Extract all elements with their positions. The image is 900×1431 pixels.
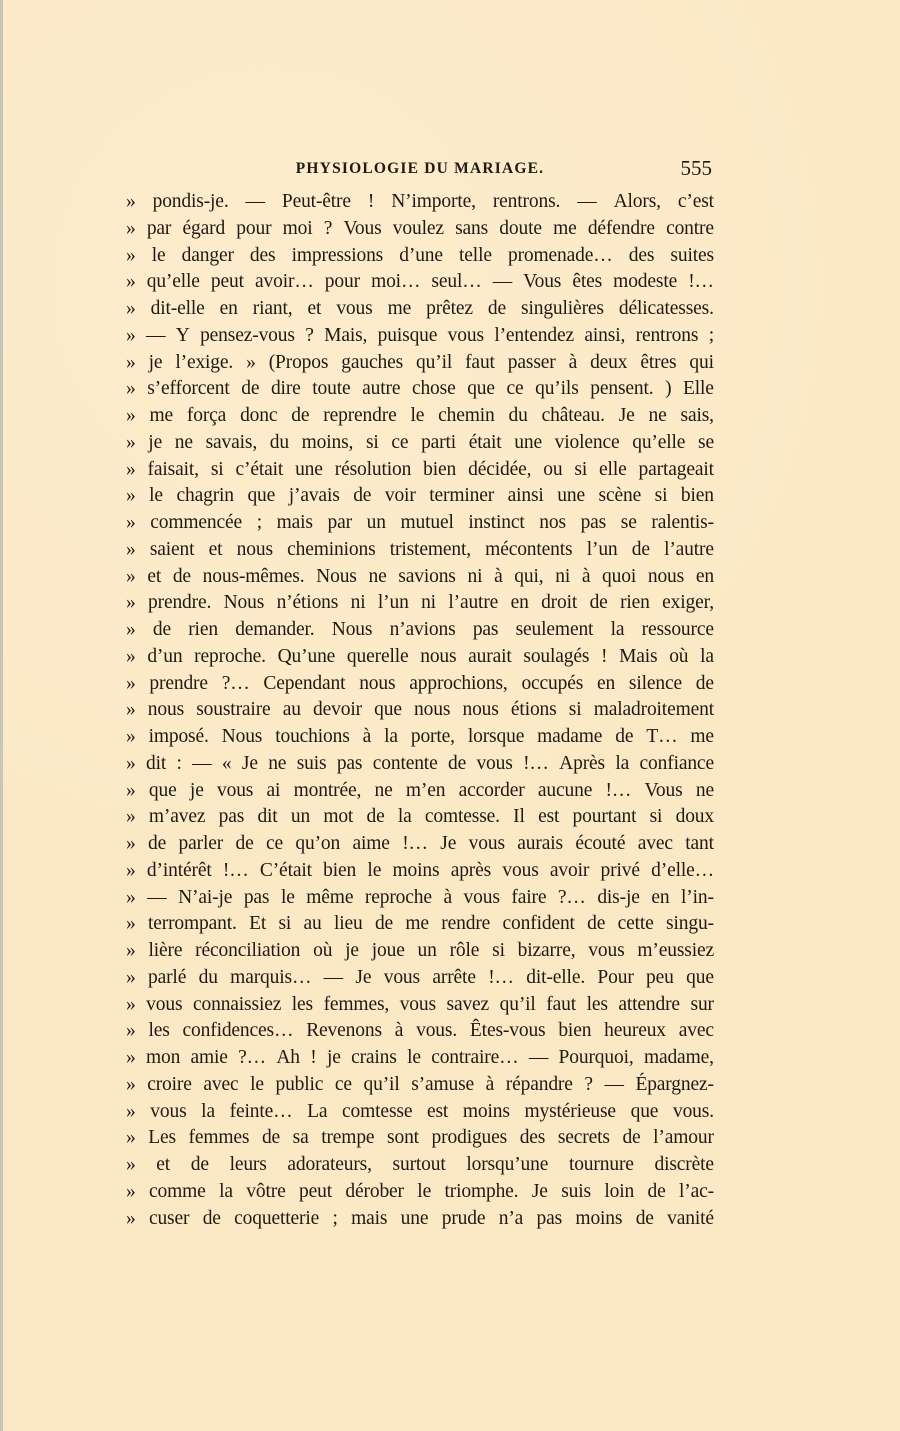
- word: lorsqu’une: [466, 1152, 548, 1179]
- word: promenade…: [508, 243, 613, 270]
- word: contraire…: [431, 1045, 518, 1072]
- word: »: [126, 457, 136, 484]
- word: »: [126, 1125, 136, 1152]
- word: mystérieuse: [524, 1099, 616, 1126]
- word: aurais: [517, 831, 563, 858]
- word: c’est: [678, 189, 714, 216]
- word: pourtant: [573, 804, 637, 831]
- word: m’eussiez: [637, 938, 714, 965]
- text-line: »d’intérêt!…C’étaitbienlemoinsaprèsvousa…: [126, 858, 714, 885]
- word: à: [443, 885, 452, 912]
- word: savions: [398, 564, 455, 591]
- word: pensent.: [590, 376, 653, 403]
- word: prêtez: [426, 296, 473, 323]
- text-line: »parlédumarquis…—Jevousarrête!…dit-elle.…: [126, 965, 714, 992]
- word: nos: [539, 510, 566, 537]
- word: ce: [266, 831, 283, 858]
- word: »: [126, 617, 136, 644]
- text-line: »Lesfemmesdesatrempesontprodiguesdessecr…: [126, 1125, 714, 1152]
- word: ): [665, 376, 671, 403]
- text-line: »prendre?…Cependantnousapprochions,occup…: [126, 671, 714, 698]
- word: de: [615, 724, 633, 751]
- running-head: PHYSIOLOGIE DU MARIAGE. 555: [126, 158, 714, 184]
- word: bien: [323, 858, 356, 885]
- word: de: [622, 1125, 640, 1152]
- word: croire: [147, 1072, 192, 1099]
- text-line: »dit-elleenriant,etvousmeprêtezdesinguli…: [126, 296, 714, 323]
- word: nous: [648, 564, 684, 591]
- word: de: [235, 831, 253, 858]
- word: »: [126, 885, 136, 912]
- word: les: [587, 992, 608, 1019]
- word: nous: [237, 537, 273, 564]
- word: Je: [242, 751, 258, 778]
- word: de: [148, 831, 166, 858]
- word: telle: [459, 243, 492, 270]
- word: querelle: [347, 644, 409, 671]
- text-line: »faisait,sic’étaitunerésolutionbiendécid…: [126, 457, 714, 484]
- word: du: [509, 403, 528, 430]
- word: je: [345, 938, 359, 965]
- word: où: [313, 938, 332, 965]
- word: nous: [420, 644, 456, 671]
- word: Vous: [344, 216, 382, 243]
- word: Revenons: [306, 1018, 382, 1045]
- word: qu’elle: [632, 430, 685, 457]
- word: vous.: [673, 1099, 714, 1126]
- word: »: [126, 938, 136, 965]
- word: dit-elle: [151, 296, 205, 323]
- word: mot: [323, 804, 353, 831]
- word: j’avais: [289, 483, 340, 510]
- word: mais: [351, 1206, 387, 1233]
- word: étions: [511, 697, 557, 724]
- word: d’elle…: [651, 858, 714, 885]
- word: avec: [679, 1018, 714, 1045]
- word: l’autre: [448, 590, 498, 617]
- running-title: PHYSIOLOGIE DU MARIAGE.: [126, 160, 714, 178]
- word: força: [187, 403, 226, 430]
- word: pas: [219, 804, 245, 831]
- word: pas: [473, 617, 499, 644]
- word: sont: [387, 1125, 419, 1152]
- text-line: »etdenous-mêmes.Nousnesavionsniàqui,niàq…: [126, 564, 714, 591]
- word: toute: [312, 376, 350, 403]
- word: château.: [542, 403, 605, 430]
- text-line: »—Ypensez-vous?Mais,puisquevousl’entende…: [126, 323, 714, 350]
- word: en: [651, 885, 669, 912]
- word: ?…: [558, 885, 586, 912]
- text-line: »lesconfidences…Revenonsàvous.Êtes-vousb…: [126, 1018, 714, 1045]
- word: ?: [584, 1072, 593, 1099]
- word: »: [126, 269, 136, 296]
- word: »: [126, 1072, 136, 1099]
- text-line: »monamie?…Ah!jecrainslecontraire…—Pourqu…: [126, 1045, 714, 1072]
- word: n’étions: [277, 590, 339, 617]
- text-line: »commencée;maisparunmutuelinstinctnospas…: [126, 510, 714, 537]
- word: peut: [299, 1179, 332, 1206]
- word: l’in-: [681, 885, 714, 912]
- word: écouté: [575, 831, 625, 858]
- word: défendre: [588, 216, 655, 243]
- word: faut: [546, 992, 576, 1019]
- word: avec: [638, 831, 673, 858]
- word: doux: [676, 804, 714, 831]
- word: par: [328, 510, 352, 537]
- word: touchions: [275, 724, 349, 751]
- text-line: »croireaveclepubliccequ’ils’amuseàrépand…: [126, 1072, 714, 1099]
- word: »: [126, 350, 136, 377]
- word: pas: [581, 510, 607, 537]
- word: ;: [332, 1206, 337, 1233]
- word: pour: [236, 216, 271, 243]
- text-line: »prendre.Nousn’étionsnil’unnil’autreendr…: [126, 590, 714, 617]
- word: —: [324, 965, 343, 992]
- word: ainsi,: [584, 323, 625, 350]
- text-line: »pondis-je.—Peut-être!N’importe,rentrons…: [126, 189, 714, 216]
- word: mon: [146, 1045, 180, 1072]
- word: à: [582, 564, 591, 591]
- word: êtes: [572, 269, 602, 296]
- word: adorateurs,: [287, 1152, 371, 1179]
- word: me: [553, 216, 577, 243]
- word: avoir…: [255, 269, 314, 296]
- word: l’un: [587, 537, 618, 564]
- word: une: [401, 1206, 429, 1233]
- text-line: »imposé.Noustouchionsàlaporte,lorsquemad…: [126, 724, 714, 751]
- word: Après: [559, 751, 605, 778]
- word: !…: [488, 965, 514, 992]
- word: triomphe.: [444, 1179, 518, 1206]
- word: C’était: [260, 858, 312, 885]
- word: sur: [691, 992, 714, 1019]
- word: vanité: [667, 1206, 714, 1233]
- word: »: [126, 751, 136, 778]
- word: savez: [447, 992, 490, 1019]
- word: bien: [681, 483, 714, 510]
- word: soustraire: [196, 697, 270, 724]
- text-line: »meforçadoncdereprendrelecheminduchâteau…: [126, 403, 714, 430]
- word: N’ai-je: [178, 885, 232, 912]
- word: me: [405, 911, 429, 938]
- word: »: [126, 189, 136, 216]
- word: pas: [537, 1206, 563, 1233]
- word: donc: [240, 403, 277, 430]
- word: si: [650, 804, 663, 831]
- word: seul…: [431, 269, 481, 296]
- word: vous: [400, 992, 436, 1019]
- word: dis-je: [597, 885, 639, 912]
- word: ;: [257, 510, 262, 537]
- word: de: [587, 911, 605, 938]
- word: peut: [211, 269, 244, 296]
- word: même: [306, 885, 353, 912]
- word: au: [283, 697, 301, 724]
- word: Mais,: [324, 323, 367, 350]
- word: puisque: [378, 323, 438, 350]
- word: surtout: [393, 1152, 446, 1179]
- word: de: [173, 564, 191, 591]
- word: si: [366, 430, 379, 457]
- word: un: [418, 938, 437, 965]
- word: attendre: [618, 992, 680, 1019]
- word: les: [148, 1018, 169, 1045]
- word: qu’il: [364, 1072, 400, 1099]
- word: impressions: [292, 243, 384, 270]
- word: qu’il: [416, 350, 452, 377]
- word: cuser: [149, 1206, 189, 1233]
- word: rendre: [441, 911, 490, 938]
- word: de: [488, 296, 506, 323]
- word: prendre: [149, 671, 208, 698]
- word: »: [126, 644, 136, 671]
- word: la: [398, 804, 412, 831]
- word: »: [126, 671, 136, 698]
- word: »: [126, 724, 136, 751]
- word: la: [611, 617, 625, 644]
- word: La: [307, 1099, 327, 1126]
- word: décidée,: [468, 457, 531, 484]
- word: qui,: [514, 564, 543, 591]
- word: c’était: [235, 457, 283, 484]
- word: de: [636, 1206, 654, 1233]
- word: »: [126, 296, 136, 323]
- word: Il: [513, 804, 525, 831]
- word: qui: [689, 350, 713, 377]
- word: Je: [619, 403, 635, 430]
- word: commencée: [150, 510, 242, 537]
- word: d’une: [399, 243, 443, 270]
- word: T…: [646, 724, 677, 751]
- word: Êtes-vous: [470, 1018, 546, 1045]
- word: mutuel: [400, 510, 453, 537]
- word: passer: [508, 350, 556, 377]
- word: je: [148, 430, 162, 457]
- word: une: [295, 457, 323, 484]
- word: reproche: [365, 885, 432, 912]
- word: aucune: [538, 778, 592, 805]
- word: un: [291, 804, 310, 831]
- word: le: [281, 885, 295, 912]
- word: un: [367, 510, 386, 537]
- word: maladroitement: [594, 697, 714, 724]
- word: moi…: [371, 269, 420, 296]
- word: n’avions: [390, 617, 456, 644]
- word: Mais: [619, 644, 657, 671]
- word: me: [149, 403, 173, 430]
- word: »: [126, 1179, 136, 1206]
- word: me: [388, 296, 412, 323]
- word: vôtre: [246, 1179, 285, 1206]
- word: l’autre: [664, 537, 714, 564]
- word: égard: [183, 216, 226, 243]
- word: dit-elle.: [526, 965, 585, 992]
- word: l’un: [378, 590, 409, 617]
- word: réconciliation: [195, 938, 300, 965]
- word: se: [698, 430, 714, 457]
- word: accorder: [459, 778, 525, 805]
- word: doute: [499, 216, 542, 243]
- word: —: [577, 189, 596, 216]
- word: le: [407, 1045, 421, 1072]
- word: pour: [325, 269, 360, 296]
- word: confident: [503, 911, 575, 938]
- word: bizarre,: [518, 938, 576, 965]
- word: suis: [561, 1179, 591, 1206]
- word: Vous: [523, 269, 561, 296]
- word: »: [246, 350, 256, 377]
- word: sa: [293, 1125, 309, 1152]
- word: droit: [541, 590, 577, 617]
- word: le: [149, 483, 163, 510]
- word: le: [417, 1179, 431, 1206]
- text-line: »parégardpourmoi?Vousvoulezsansdoutemedé…: [126, 216, 714, 243]
- text-line: »cuserdecoquetterie;maisunepruden’apasmo…: [126, 1206, 714, 1233]
- word: femmes,: [324, 992, 390, 1019]
- word: comtesse: [342, 1099, 412, 1126]
- word: les: [292, 992, 313, 1019]
- word: si: [278, 911, 291, 938]
- word: confiance: [640, 751, 714, 778]
- word: prendre.: [148, 590, 211, 617]
- word: quoi: [602, 564, 636, 591]
- word: joue: [372, 938, 405, 965]
- body-text: »pondis-je.—Peut-être!N’importe,rentrons…: [126, 189, 714, 1232]
- word: que: [686, 965, 714, 992]
- word: »: [126, 430, 136, 457]
- word: je: [149, 350, 163, 377]
- word: »: [126, 911, 136, 938]
- word: N’importe,: [391, 189, 476, 216]
- word: vous: [448, 323, 484, 350]
- word: »: [126, 992, 136, 1019]
- word: devoir: [313, 697, 362, 724]
- word: !: [368, 189, 374, 216]
- word: imposé.: [149, 724, 209, 751]
- word: et: [209, 537, 223, 564]
- word: m’en: [406, 778, 445, 805]
- word: en: [696, 564, 714, 591]
- word: aurait: [468, 644, 512, 671]
- word: lieu: [334, 911, 363, 938]
- word: instinct: [468, 510, 524, 537]
- word: partageait: [639, 457, 714, 484]
- word: que: [247, 483, 275, 510]
- word: rien: [620, 590, 650, 617]
- word: de: [696, 671, 714, 698]
- word: de: [366, 804, 384, 831]
- word: si: [211, 457, 224, 484]
- word: moins,: [302, 430, 354, 457]
- word: »: [126, 1099, 136, 1126]
- word: suites: [670, 243, 714, 270]
- word: rentrons: [636, 323, 699, 350]
- word: crains: [351, 1045, 397, 1072]
- word: exiger,: [662, 590, 714, 617]
- word: une: [557, 483, 585, 510]
- word: ni: [421, 590, 436, 617]
- word: Ah: [276, 1045, 300, 1072]
- word: la: [700, 644, 714, 671]
- word: nous: [359, 671, 395, 698]
- word: est: [427, 1099, 448, 1126]
- word: »: [126, 1152, 136, 1179]
- word: et: [156, 1152, 170, 1179]
- word: après: [451, 858, 491, 885]
- word: dire: [271, 376, 301, 403]
- word: que: [374, 697, 402, 724]
- word: occupés: [521, 671, 583, 698]
- word: singulières: [521, 296, 604, 323]
- word: nous: [148, 697, 184, 724]
- text-line: »qu’ellepeutavoir…pourmoi…seul…—Vousêtes…: [126, 269, 714, 296]
- word: mais: [277, 510, 313, 537]
- word: Vous: [645, 778, 683, 805]
- word: en: [511, 590, 529, 617]
- word: bien: [423, 457, 456, 484]
- word: était: [469, 430, 502, 457]
- word: trempe: [321, 1125, 374, 1152]
- word: arrête: [432, 965, 475, 992]
- word: à: [494, 564, 503, 591]
- word: ne: [649, 403, 667, 430]
- page-number: 555: [681, 156, 713, 181]
- word: Les: [148, 1125, 176, 1152]
- word: »: [126, 1206, 136, 1233]
- word: vous: [336, 296, 372, 323]
- word: à: [363, 724, 372, 751]
- word: vous: [146, 992, 182, 1019]
- word: —: [604, 1072, 623, 1099]
- word: pas: [337, 751, 363, 778]
- word: la: [615, 751, 629, 778]
- word: feinte…: [230, 1099, 293, 1126]
- word: l’entendez: [494, 323, 574, 350]
- word: seulement: [516, 617, 594, 644]
- word: contente: [373, 751, 438, 778]
- word: autre: [362, 376, 400, 403]
- word: ni: [467, 564, 482, 591]
- text-line: »jenesavais,dumoins,sicepartiétaitunevio…: [126, 430, 714, 457]
- word: contre: [666, 216, 714, 243]
- word: si: [655, 483, 668, 510]
- word: vous: [588, 938, 624, 965]
- word: Y: [176, 323, 190, 350]
- word: —: [493, 269, 512, 296]
- word: »: [126, 778, 136, 805]
- word: la: [384, 724, 398, 751]
- word: la: [201, 1099, 215, 1126]
- text-line: »lechagrinquej’avaisdevoirterminerainsiu…: [126, 483, 714, 510]
- word: le: [250, 1072, 264, 1099]
- word: l’ac-: [679, 1179, 714, 1206]
- word: de: [632, 537, 650, 564]
- word: s’amuse: [411, 1072, 474, 1099]
- word: cheminions: [287, 537, 375, 564]
- word: marquis…: [230, 965, 311, 992]
- word: que: [631, 1099, 659, 1126]
- word: reproche.: [194, 644, 266, 671]
- word: comtesse.: [425, 804, 500, 831]
- word: vous: [469, 831, 505, 858]
- word: Nous: [222, 724, 263, 751]
- word: faut: [465, 350, 495, 377]
- word: suis: [297, 751, 327, 778]
- word: ou: [543, 457, 562, 484]
- word: n’a: [499, 1206, 523, 1233]
- word: ne: [268, 751, 286, 778]
- word: la: [219, 1179, 233, 1206]
